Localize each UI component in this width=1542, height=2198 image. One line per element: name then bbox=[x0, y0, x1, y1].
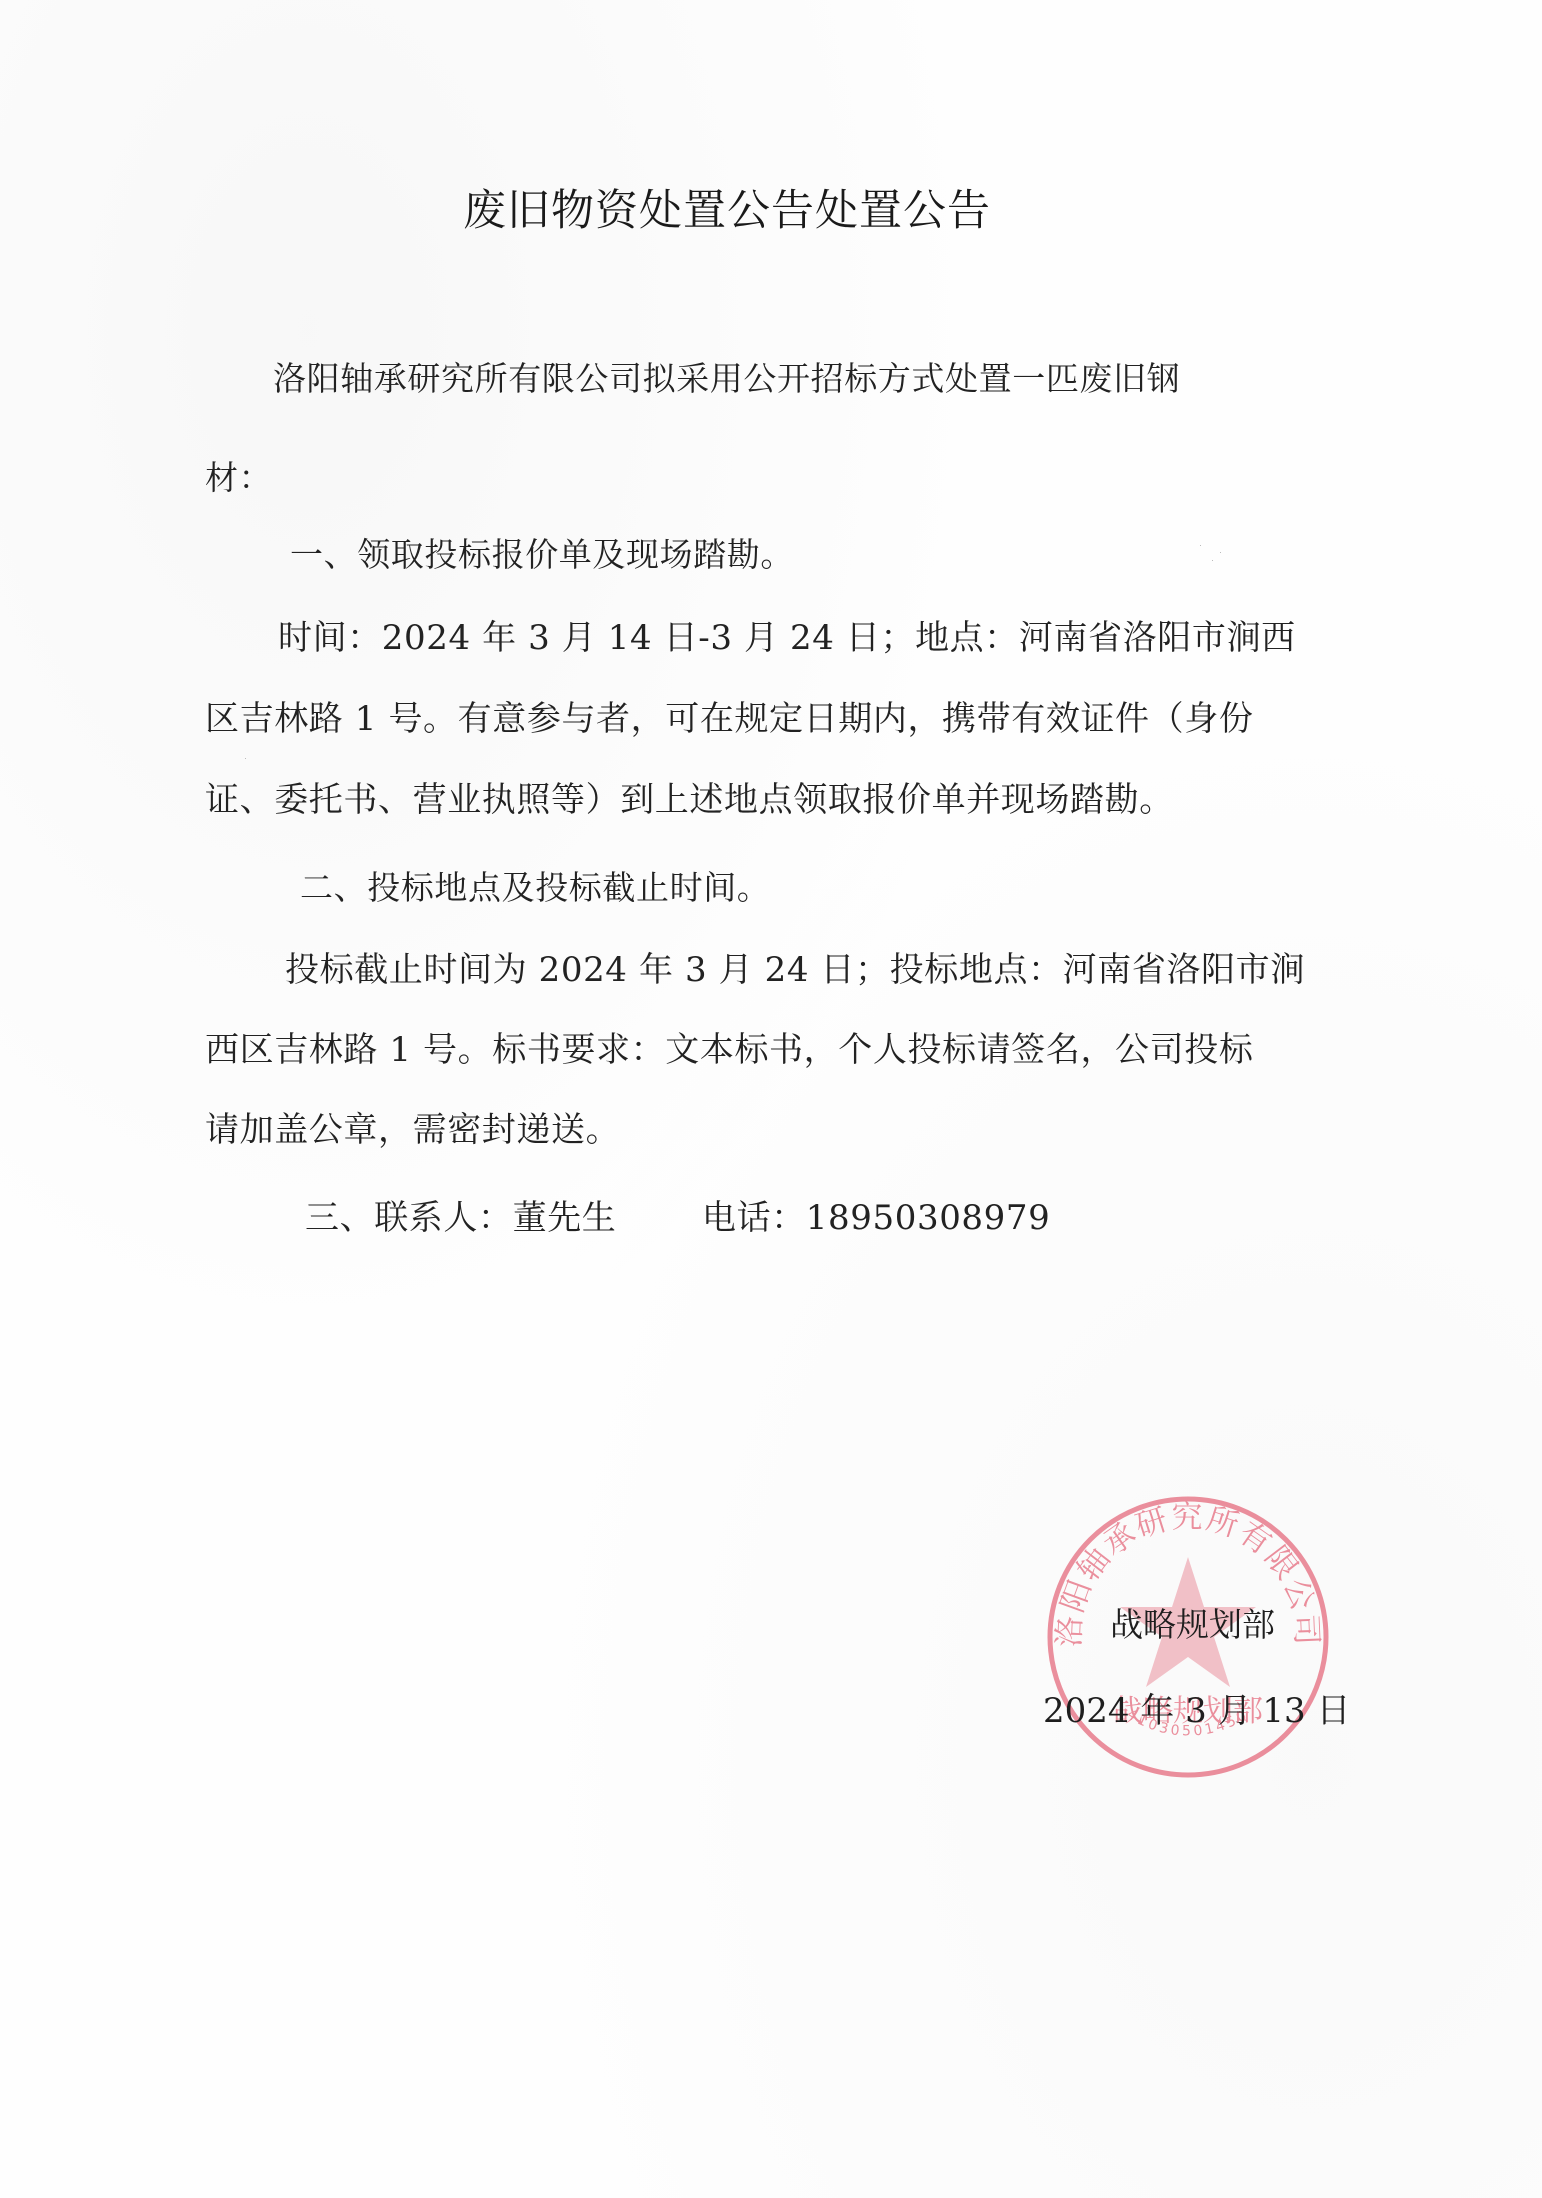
signoff-department: 战略规划部 bbox=[1110, 1602, 1275, 1648]
section2-line-3: 请加盖公章，需密封递送。 bbox=[205, 1107, 620, 1153]
section1-heading: 一、领取投标报价单及现场踏勘。 bbox=[290, 532, 794, 578]
section1-line-3: 证、委托书、营业执照等）到上述地点领取报价单并现场踏勘。 bbox=[205, 777, 1174, 823]
section2-heading: 二、投标地点及投标截止时间。 bbox=[300, 865, 770, 911]
intro-line-2: 材： bbox=[205, 455, 272, 501]
scan-speck bbox=[1220, 552, 1221, 553]
document-page: 废旧物资处置公告处置公告 洛阳轴承研究所有限公司拟采用公开招标方式处置一匹废旧钢… bbox=[0, 0, 1542, 2198]
signoff-date: 2024 年 3 月 13 日 bbox=[1043, 1688, 1350, 1734]
scan-speck bbox=[245, 758, 246, 759]
section3-phone: 电话：18950308979 bbox=[702, 1195, 1050, 1241]
section3-contact: 三、联系人：董先生 bbox=[305, 1195, 616, 1241]
intro-line-1: 洛阳轴承研究所有限公司拟采用公开招标方式处置一匹废旧钢 bbox=[273, 356, 1180, 402]
section2-line-1: 投标截止时间为 2024 年 3 月 24 日；投标地点：河南省洛阳市涧 bbox=[285, 947, 1305, 993]
scan-speck bbox=[1200, 545, 1201, 546]
section1-line-2: 区吉林路 1 号。有意参与者，可在规定日期内，携带有效证件（身份 bbox=[205, 696, 1253, 742]
section2-line-2: 西区吉林路 1 号。标书要求：文本标书，个人投标请签名，公司投标 bbox=[205, 1027, 1253, 1073]
document-title: 废旧物资处置公告处置公告 bbox=[463, 183, 991, 239]
section1-line-1: 时间：2024 年 3 月 14 日-3 月 24 日；地点：河南省洛阳市涧西 bbox=[278, 615, 1296, 661]
scan-speck bbox=[1212, 560, 1213, 561]
